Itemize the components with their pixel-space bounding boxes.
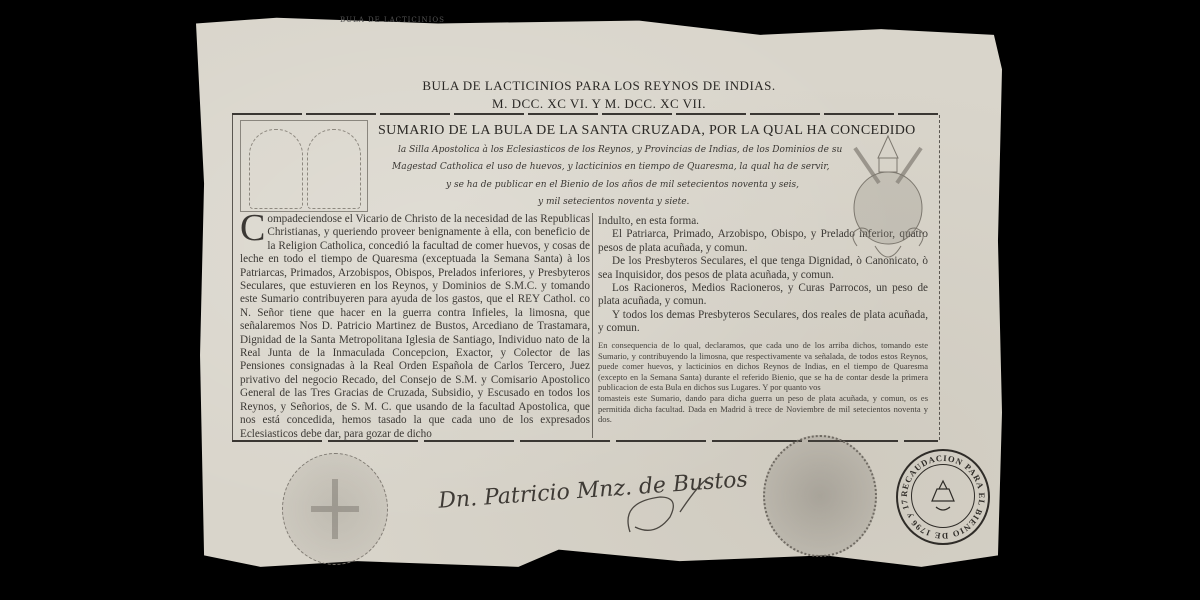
embossed-seal-cross-icon xyxy=(282,453,388,565)
right-paragraph: Y todos los demas Presbyteros Seculares,… xyxy=(598,309,928,336)
small-paragraph: tomasteis este Sumario, dando para dicha… xyxy=(598,393,928,425)
summary-line: Magestad Catholica el uso de huevos, y l… xyxy=(392,162,830,172)
summary-line: y mil setecientos noventa y siete. xyxy=(538,197,689,207)
left-column-text: C ompadeciendose el Vicario de Christo d… xyxy=(240,213,590,441)
ink-stamp-icon: RECAUDACION PARA EL BIENIO DE 1796 y 179… xyxy=(896,449,990,545)
saint-figure-right-icon xyxy=(307,129,361,209)
cross-icon xyxy=(283,454,387,564)
summary-line: la Silla Apostolica à los Eclesiasticos … xyxy=(398,145,842,155)
summary-heading: SUMARIO DE LA BULA DE LA SANTA CRUZADA, … xyxy=(378,123,916,139)
signature-flourish-icon xyxy=(620,472,720,542)
document-title: BULA DE LACTICINIOS PARA LOS REYNOS DE I… xyxy=(196,78,1002,94)
embossed-seal-arms-icon xyxy=(763,435,877,557)
faint-header-text: BULA DE LACTICINIOS xyxy=(340,16,445,24)
document-years: M. DCC. XC VI. Y M. DCC. XC VII. xyxy=(196,96,1002,112)
column-divider xyxy=(592,213,593,438)
stamp-text: RECAUDACION PARA EL BIENIO DE 1796 y 179… xyxy=(898,451,987,541)
summary-line: y se ha de publicar en el Bienio de los … xyxy=(446,180,799,190)
saint-figure-left-icon xyxy=(249,129,303,209)
right-paragraph: Los Racioneros, Medios Racioneros, y Cur… xyxy=(598,282,928,309)
right-column-small-text: En consequencia de lo qual, declaramos, … xyxy=(598,340,928,425)
left-column-body: ompadeciendose el Vicario de Christo de … xyxy=(240,213,590,440)
small-paragraph: En consequencia de lo qual, declaramos, … xyxy=(598,340,928,393)
drop-cap: C xyxy=(240,213,265,243)
papal-coat-of-arms-icon xyxy=(845,128,931,278)
stamp-text-ring: RECAUDACION PARA EL BIENIO DE 1796 y 179… xyxy=(898,451,988,543)
svg-text:RECAUDACION PARA EL BIENIO DE: RECAUDACION PARA EL BIENIO DE 1796 y 179… xyxy=(898,451,987,541)
saints-woodcut-illustration xyxy=(240,120,368,212)
